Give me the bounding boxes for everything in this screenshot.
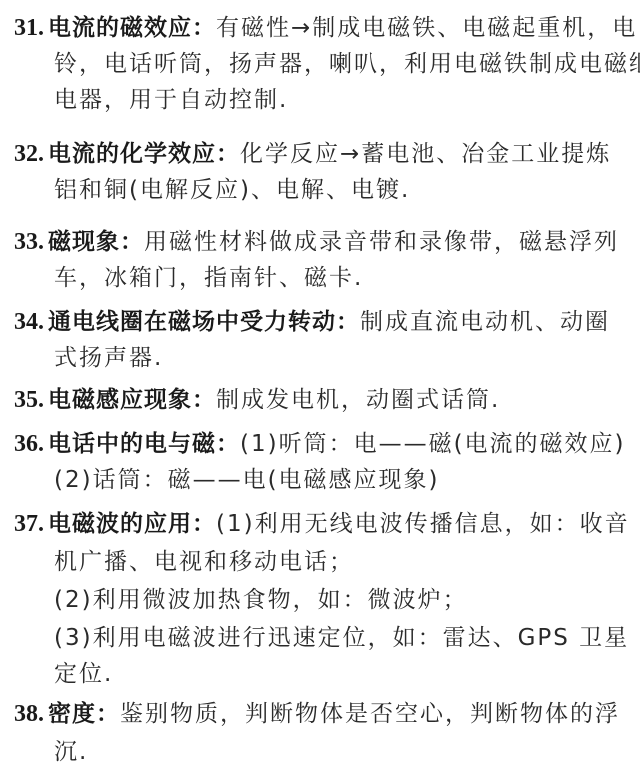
item-text: (1)听筒：电——磁(电流的磁效应): [240, 431, 626, 457]
item-number: 33.: [14, 229, 44, 255]
item-heading: 电话中的电与磁：: [48, 431, 240, 457]
item-text: 化学反应→蓄电池、冶金工业提炼: [240, 141, 611, 167]
item-text: 有磁性→制成电磁铁、电磁起重机，电: [216, 15, 637, 41]
item-36-line-1: 36.电话中的电与磁：(1)听筒：电——磁(电流的磁效应): [14, 426, 626, 462]
item-text: 电器，用于自动控制.: [54, 87, 288, 113]
item-text: 制成发电机，动圈式话筒.: [216, 387, 500, 413]
item-number: 36.: [14, 431, 44, 457]
item-text: 铃，电话听筒，扬声器，喇叭，利用电磁铁制成电磁继: [54, 51, 640, 77]
item-35-line-1: 35.电磁感应现象：制成发电机，动圈式话筒.: [14, 382, 500, 418]
item-37-line-1: 37.电磁波的应用：(1)利用无线电波传播信息，如：收音: [14, 506, 630, 542]
item-36-line-2: (2)话筒：磁——电(电磁感应现象): [54, 462, 440, 498]
item-34-line-1: 34.通电线圈在磁场中受力转动：制成直流电动机、动圈: [14, 304, 610, 340]
item-text: 制成直流电动机、动圈: [360, 309, 610, 335]
item-number: 38.: [14, 701, 44, 727]
item-heading: 通电线圈在磁场中受力转动：: [48, 309, 360, 335]
item-heading: 磁现象：: [48, 229, 144, 255]
item-37-line-4: (3)利用电磁波进行迅速定位，如：雷达、GPS 卫星: [54, 620, 629, 656]
item-number: 32.: [14, 141, 44, 167]
item-text: 铝和铜(电解反应)、电解、电镀.: [54, 177, 410, 203]
item-37-line-2: 机广播、电视和移动电话；: [54, 544, 354, 580]
item-heading: 电流的磁效应：: [48, 15, 216, 41]
item-32-line-2: 铝和铜(电解反应)、电解、电镀.: [54, 172, 410, 208]
item-text: (2)利用微波加热食物，如：微波炉；: [54, 587, 468, 613]
item-number: 37.: [14, 511, 44, 537]
item-37-line-5: 定位.: [54, 656, 113, 684]
item-31-line-1: 31.电流的磁效应：有磁性→制成电磁铁、电磁起重机，电: [14, 10, 637, 46]
item-text: 车，冰箱门，指南针、磁卡.: [54, 265, 363, 291]
item-heading: 电磁波的应用：: [48, 511, 216, 537]
item-heading: 密度：: [48, 701, 120, 727]
item-text: 机广播、电视和移动电话；: [54, 549, 354, 575]
item-38-line-1: 38.密度：鉴别物质，判断物体是否空心，判断物体的浮: [14, 696, 620, 732]
item-32-line-1: 32.电流的化学效应：化学反应→蓄电池、冶金工业提炼: [14, 136, 611, 172]
item-heading: 电磁感应现象：: [48, 387, 216, 413]
item-37-line-3: (2)利用微波加热食物，如：微波炉；: [54, 582, 468, 618]
item-text: 定位.: [54, 661, 113, 684]
item-33-line-1: 33.磁现象：用磁性材料做成录音带和录像带，磁悬浮列: [14, 224, 619, 260]
item-number: 34.: [14, 309, 44, 335]
item-number: 31.: [14, 15, 44, 41]
item-34-line-2: 式扬声器.: [54, 340, 163, 376]
item-number: 35.: [14, 387, 44, 413]
item-heading: 电流的化学效应：: [48, 141, 240, 167]
item-text: (3)利用电磁波进行迅速定位，如：雷达、GPS 卫星: [54, 625, 629, 651]
item-31-line-2: 铃，电话听筒，扬声器，喇叭，利用电磁铁制成电磁继: [54, 46, 640, 82]
item-text: (2)话筒：磁——电(电磁感应现象): [54, 467, 440, 493]
item-38-line-2: 沉.: [54, 734, 88, 770]
item-33-line-2: 车，冰箱门，指南针、磁卡.: [54, 260, 363, 296]
item-text: 用磁性材料做成录音带和录像带，磁悬浮列: [144, 229, 619, 255]
item-text: 鉴别物质，判断物体是否空心，判断物体的浮: [120, 701, 620, 727]
item-text: 式扬声器.: [54, 345, 163, 371]
item-text: 沉.: [54, 739, 88, 765]
item-text: (1)利用无线电波传播信息，如：收音: [216, 511, 630, 537]
item-31-line-3: 电器，用于自动控制.: [54, 82, 288, 118]
